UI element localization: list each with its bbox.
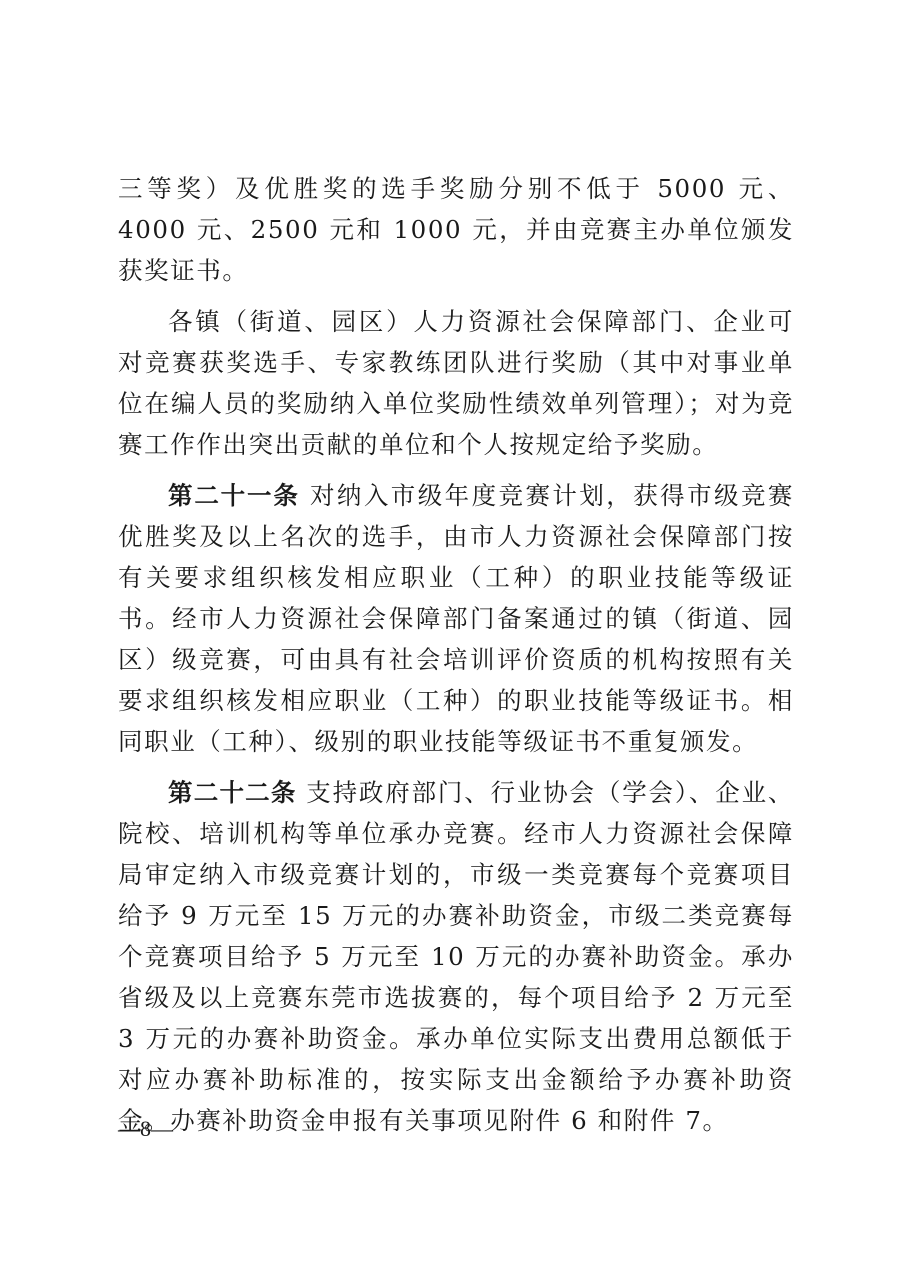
article-number: 第二十一条 bbox=[168, 481, 300, 510]
paragraph-text: 各镇（街道、园区）人力资源社会保障部门、企业可对竞赛获奖选手、专家教练团队进行奖… bbox=[118, 307, 794, 459]
article-21: 第二十一条 对纳入市级年度竞赛计划，获得市级竞赛优胜奖及以上名次的选手，由市人力… bbox=[118, 475, 794, 762]
paragraph-text: 支持政府部门、行业协会（学会）、企业、院校、培训机构等单位承办竞赛。经市人力资源… bbox=[118, 778, 794, 1135]
page-number: —8— bbox=[118, 1116, 173, 1142]
article-22: 第二十二条 支持政府部门、行业协会（学会）、企业、院校、培训机构等单位承办竞赛。… bbox=[118, 772, 794, 1141]
paragraph-text: 三等奖）及优胜奖的选手奖励分别不低于 5000 元、4000 元、2500 元和… bbox=[118, 174, 794, 285]
article-number: 第二十二条 bbox=[168, 778, 297, 807]
document-body: 三等奖）及优胜奖的选手奖励分别不低于 5000 元、4000 元、2500 元和… bbox=[118, 168, 794, 1141]
paragraph-town-rewards: 各镇（街道、园区）人力资源社会保障部门、企业可对竞赛获奖选手、专家教练团队进行奖… bbox=[118, 301, 794, 465]
paragraph-prize-amounts: 三等奖）及优胜奖的选手奖励分别不低于 5000 元、4000 元、2500 元和… bbox=[118, 168, 794, 291]
paragraph-text: 对纳入市级年度竞赛计划，获得市级竞赛优胜奖及以上名次的选手，由市人力资源社会保障… bbox=[118, 481, 794, 756]
document-page: 三等奖）及优胜奖的选手奖励分别不低于 5000 元、4000 元、2500 元和… bbox=[0, 0, 900, 1272]
